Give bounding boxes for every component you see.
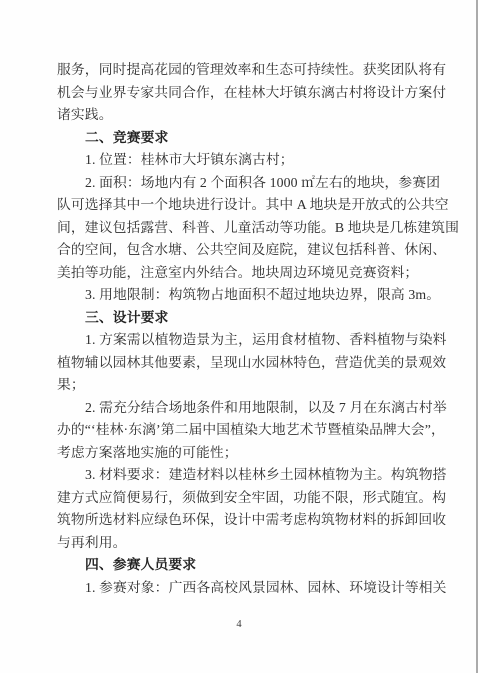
document-page: 服务，同时提高花园的管理效率和生态可持续性。获奖团队将有 机会与业界专家共同合作… <box>0 0 478 673</box>
section-heading-competition-requirements: 二、竞赛要求 <box>57 127 449 150</box>
text-line: 机会与业界专家共同合作，在桂林大圩镇东漓古村将设计方案付 <box>57 82 449 105</box>
list-item-line: 1. 方案需以植物造景为主，运用食材植物、香料植物与染料 <box>57 329 449 352</box>
text-line: 与再利用。 <box>57 532 449 555</box>
text-line: 服务，同时提高花园的管理效率和生态可持续性。获奖团队将有 <box>57 59 449 82</box>
text-line: 植物辅以园林其他要素，呈现山水园林特色，营造优美的景观效 <box>57 352 449 375</box>
text-line: 考虑方案落地实施的可能性； <box>57 442 449 465</box>
text-line: 诸实践。 <box>57 104 449 127</box>
text-line: 建方式应简便易行，须做到安全牢固，功能不限，形式随宜。构 <box>57 487 449 510</box>
text-line: 筑物所选材料应绿色环保，设计中需考虑构筑物材料的拆卸回收 <box>57 509 449 532</box>
list-item-line: 1. 位置：桂林市大圩镇东漓古村； <box>57 149 449 172</box>
list-item-line: 3. 材料要求：建造材料以桂林乡土园林植物为主。构筑物搭 <box>57 464 449 487</box>
list-item-line: 3. 用地限制：构筑物占地面积不超过地块边界，限高 3m。 <box>57 284 449 307</box>
text-line: 美拍等功能，注意室内外结合。地块周边环境见竞赛资料； <box>57 262 449 285</box>
section-heading-participant-requirements: 四、参赛人员要求 <box>57 554 449 577</box>
document-text-block: 服务，同时提高花园的管理效率和生态可持续性。获奖团队将有 机会与业界专家共同合作… <box>57 59 449 599</box>
text-line: 队可选择其中一个地块进行设计。其中 A 地块是开放式的公共空 <box>57 194 449 217</box>
list-item-line: 2. 面积：场地内有 2 个面积各 1000 ㎡左右的地块，参赛团 <box>57 172 449 195</box>
text-line: 合的空间，包含水塘、公共空间及庭院，建议包括科普、休闲、 <box>57 239 449 262</box>
page-number: 4 <box>0 618 478 632</box>
list-item-line: 2. 需充分结合场地条件和用地限制，以及 7 月在东漓古村举 <box>57 397 449 420</box>
text-line: 办的“‘桂林·东漓’第二届中国植染大地艺术节暨植染品牌大会”， <box>57 419 449 442</box>
text-line: 间，建议包括露营、科普、儿童活动等功能。B 地块是几栋建筑围 <box>57 217 449 240</box>
section-heading-design-requirements: 三、设计要求 <box>57 307 449 330</box>
text-line: 果； <box>57 374 449 397</box>
list-item-line: 1. 参赛对象：广西各高校风景园林、园林、环境设计等相关 <box>57 577 449 600</box>
